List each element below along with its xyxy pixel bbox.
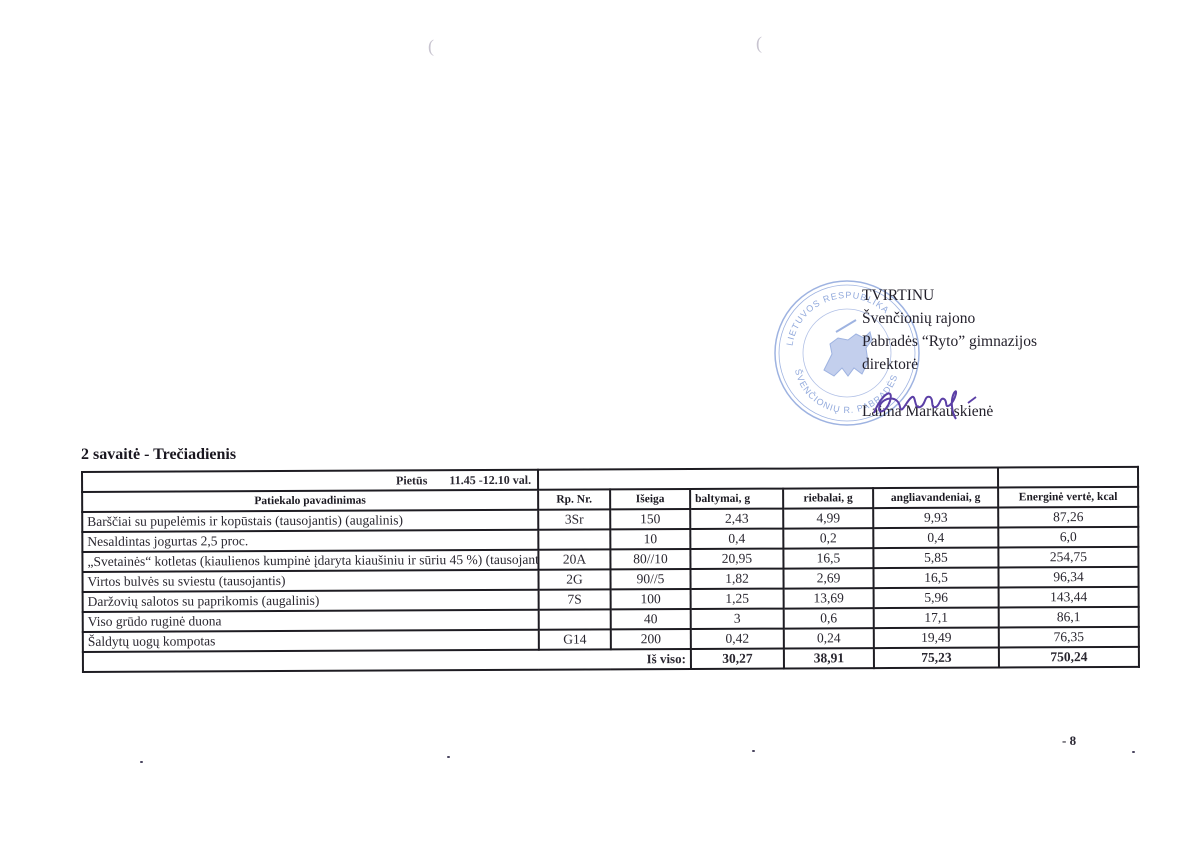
cell-yield: 40 xyxy=(611,609,691,629)
cell-yield: 200 xyxy=(611,629,691,649)
cell-protein: 3 xyxy=(691,609,784,629)
col-header-name: Patiekalo pavadinimas xyxy=(82,490,538,512)
cell-fat: 2,69 xyxy=(783,568,873,588)
approval-line: direktorė xyxy=(862,353,1037,376)
cell-name: Nesaldintas jogurtas 2,5 proc. xyxy=(82,530,538,552)
page-title: 2 savaitė - Trečiadienis xyxy=(81,446,236,464)
cell-fat: 16,5 xyxy=(783,548,873,568)
cell-fat: 0,6 xyxy=(784,608,874,628)
approval-line: Švenčionių rajono xyxy=(862,307,1037,330)
cell-yield: 80//10 xyxy=(610,549,690,569)
cell-carbs: 19,49 xyxy=(874,628,999,649)
cell-fat: 13,69 xyxy=(784,588,874,608)
scan-dot xyxy=(447,756,450,758)
cell-fat: 0,24 xyxy=(784,628,874,648)
cell-carbs: 5,85 xyxy=(873,548,998,569)
cell-rp xyxy=(539,609,611,629)
cell-energy: 87,26 xyxy=(998,507,1138,528)
cell-name: Šaldytų uogų kompotas xyxy=(83,630,539,652)
cell-carbs: 17,1 xyxy=(874,608,999,629)
cell-rp: 20A xyxy=(538,549,610,569)
cell-rp xyxy=(538,529,610,549)
meal-header: Pietūs11.45 -12.10 val. xyxy=(82,470,538,492)
cell-carbs: 5,96 xyxy=(874,588,999,609)
cell-fat: 4,99 xyxy=(783,508,873,528)
cell-rp: 7S xyxy=(539,589,611,609)
header-blank xyxy=(538,468,998,490)
cell-energy: 254,75 xyxy=(998,547,1138,568)
cell-carbs: 16,5 xyxy=(873,568,998,589)
total-energy: 750,24 xyxy=(999,647,1139,668)
scan-mark: ( xyxy=(428,36,434,57)
cell-yield: 100 xyxy=(611,589,691,609)
cell-energy: 76,35 xyxy=(999,627,1139,648)
col-header-rp: Rp. Nr. xyxy=(538,489,610,509)
total-fat: 38,91 xyxy=(784,648,874,668)
cell-rp: G14 xyxy=(539,629,611,649)
cell-energy: 6,0 xyxy=(998,527,1138,548)
cell-yield: 10 xyxy=(610,529,690,549)
col-header-yield: Išeiga xyxy=(610,489,690,509)
page-number: - 8 xyxy=(1062,733,1076,749)
menu-table: Pietūs11.45 -12.10 val. Patiekalo pavadi… xyxy=(81,466,1138,673)
approval-title: TVIRTINU xyxy=(862,284,1037,307)
meal-name: Pietūs xyxy=(396,473,427,487)
cell-name: Virtos bulvės su sviestu (tausojantis) xyxy=(82,570,538,592)
cell-energy: 86,1 xyxy=(999,607,1139,628)
signature-icon xyxy=(868,383,1008,423)
cell-protein: 20,95 xyxy=(690,549,783,569)
cell-name: Daržovių salotos su paprikomis (augalini… xyxy=(83,590,539,612)
total-label: Iš viso: xyxy=(83,649,691,672)
col-header-protein: baltymai, g xyxy=(690,489,783,509)
cell-yield: 150 xyxy=(610,509,690,529)
cell-protein: 1,25 xyxy=(691,589,784,609)
cell-name: „Svetainės“ kotletas (kiaulienos kumpinė… xyxy=(82,550,538,572)
col-header-fat: riebalai, g xyxy=(783,488,873,508)
cell-protein: 0,42 xyxy=(691,629,784,649)
meal-time: 11.45 -12.10 val. xyxy=(449,473,531,487)
scan-dot xyxy=(752,750,755,752)
cell-protein: 1,82 xyxy=(690,569,783,589)
header-blank xyxy=(998,467,1138,488)
cell-carbs: 9,93 xyxy=(873,508,998,529)
col-header-carbs: angliavandeniai, g xyxy=(873,488,998,509)
cell-yield: 90//5 xyxy=(610,569,690,589)
cell-rp: 3Sr xyxy=(538,509,610,529)
total-carbs: 75,23 xyxy=(874,648,999,669)
cell-protein: 2,43 xyxy=(690,509,783,529)
cell-name: Barščiai su pupelėmis ir kopūstais (taus… xyxy=(82,510,538,532)
cell-carbs: 0,4 xyxy=(873,528,998,549)
col-header-energy: Energinė vertė, kcal xyxy=(998,487,1138,508)
total-protein: 30,27 xyxy=(691,649,784,669)
cell-energy: 143,44 xyxy=(999,587,1139,608)
cell-rp: 2G xyxy=(538,569,610,589)
cell-energy: 96,34 xyxy=(998,567,1138,588)
scan-dot xyxy=(1132,751,1135,753)
cell-protein: 0,4 xyxy=(690,529,783,549)
approval-line: Pabradės “Ryto” gimnazijos xyxy=(862,330,1037,353)
cell-fat: 0,2 xyxy=(783,528,873,548)
scan-mark: ( xyxy=(756,33,762,54)
scan-dot xyxy=(140,761,143,763)
cell-name: Viso grūdo ruginė duona xyxy=(83,610,539,632)
